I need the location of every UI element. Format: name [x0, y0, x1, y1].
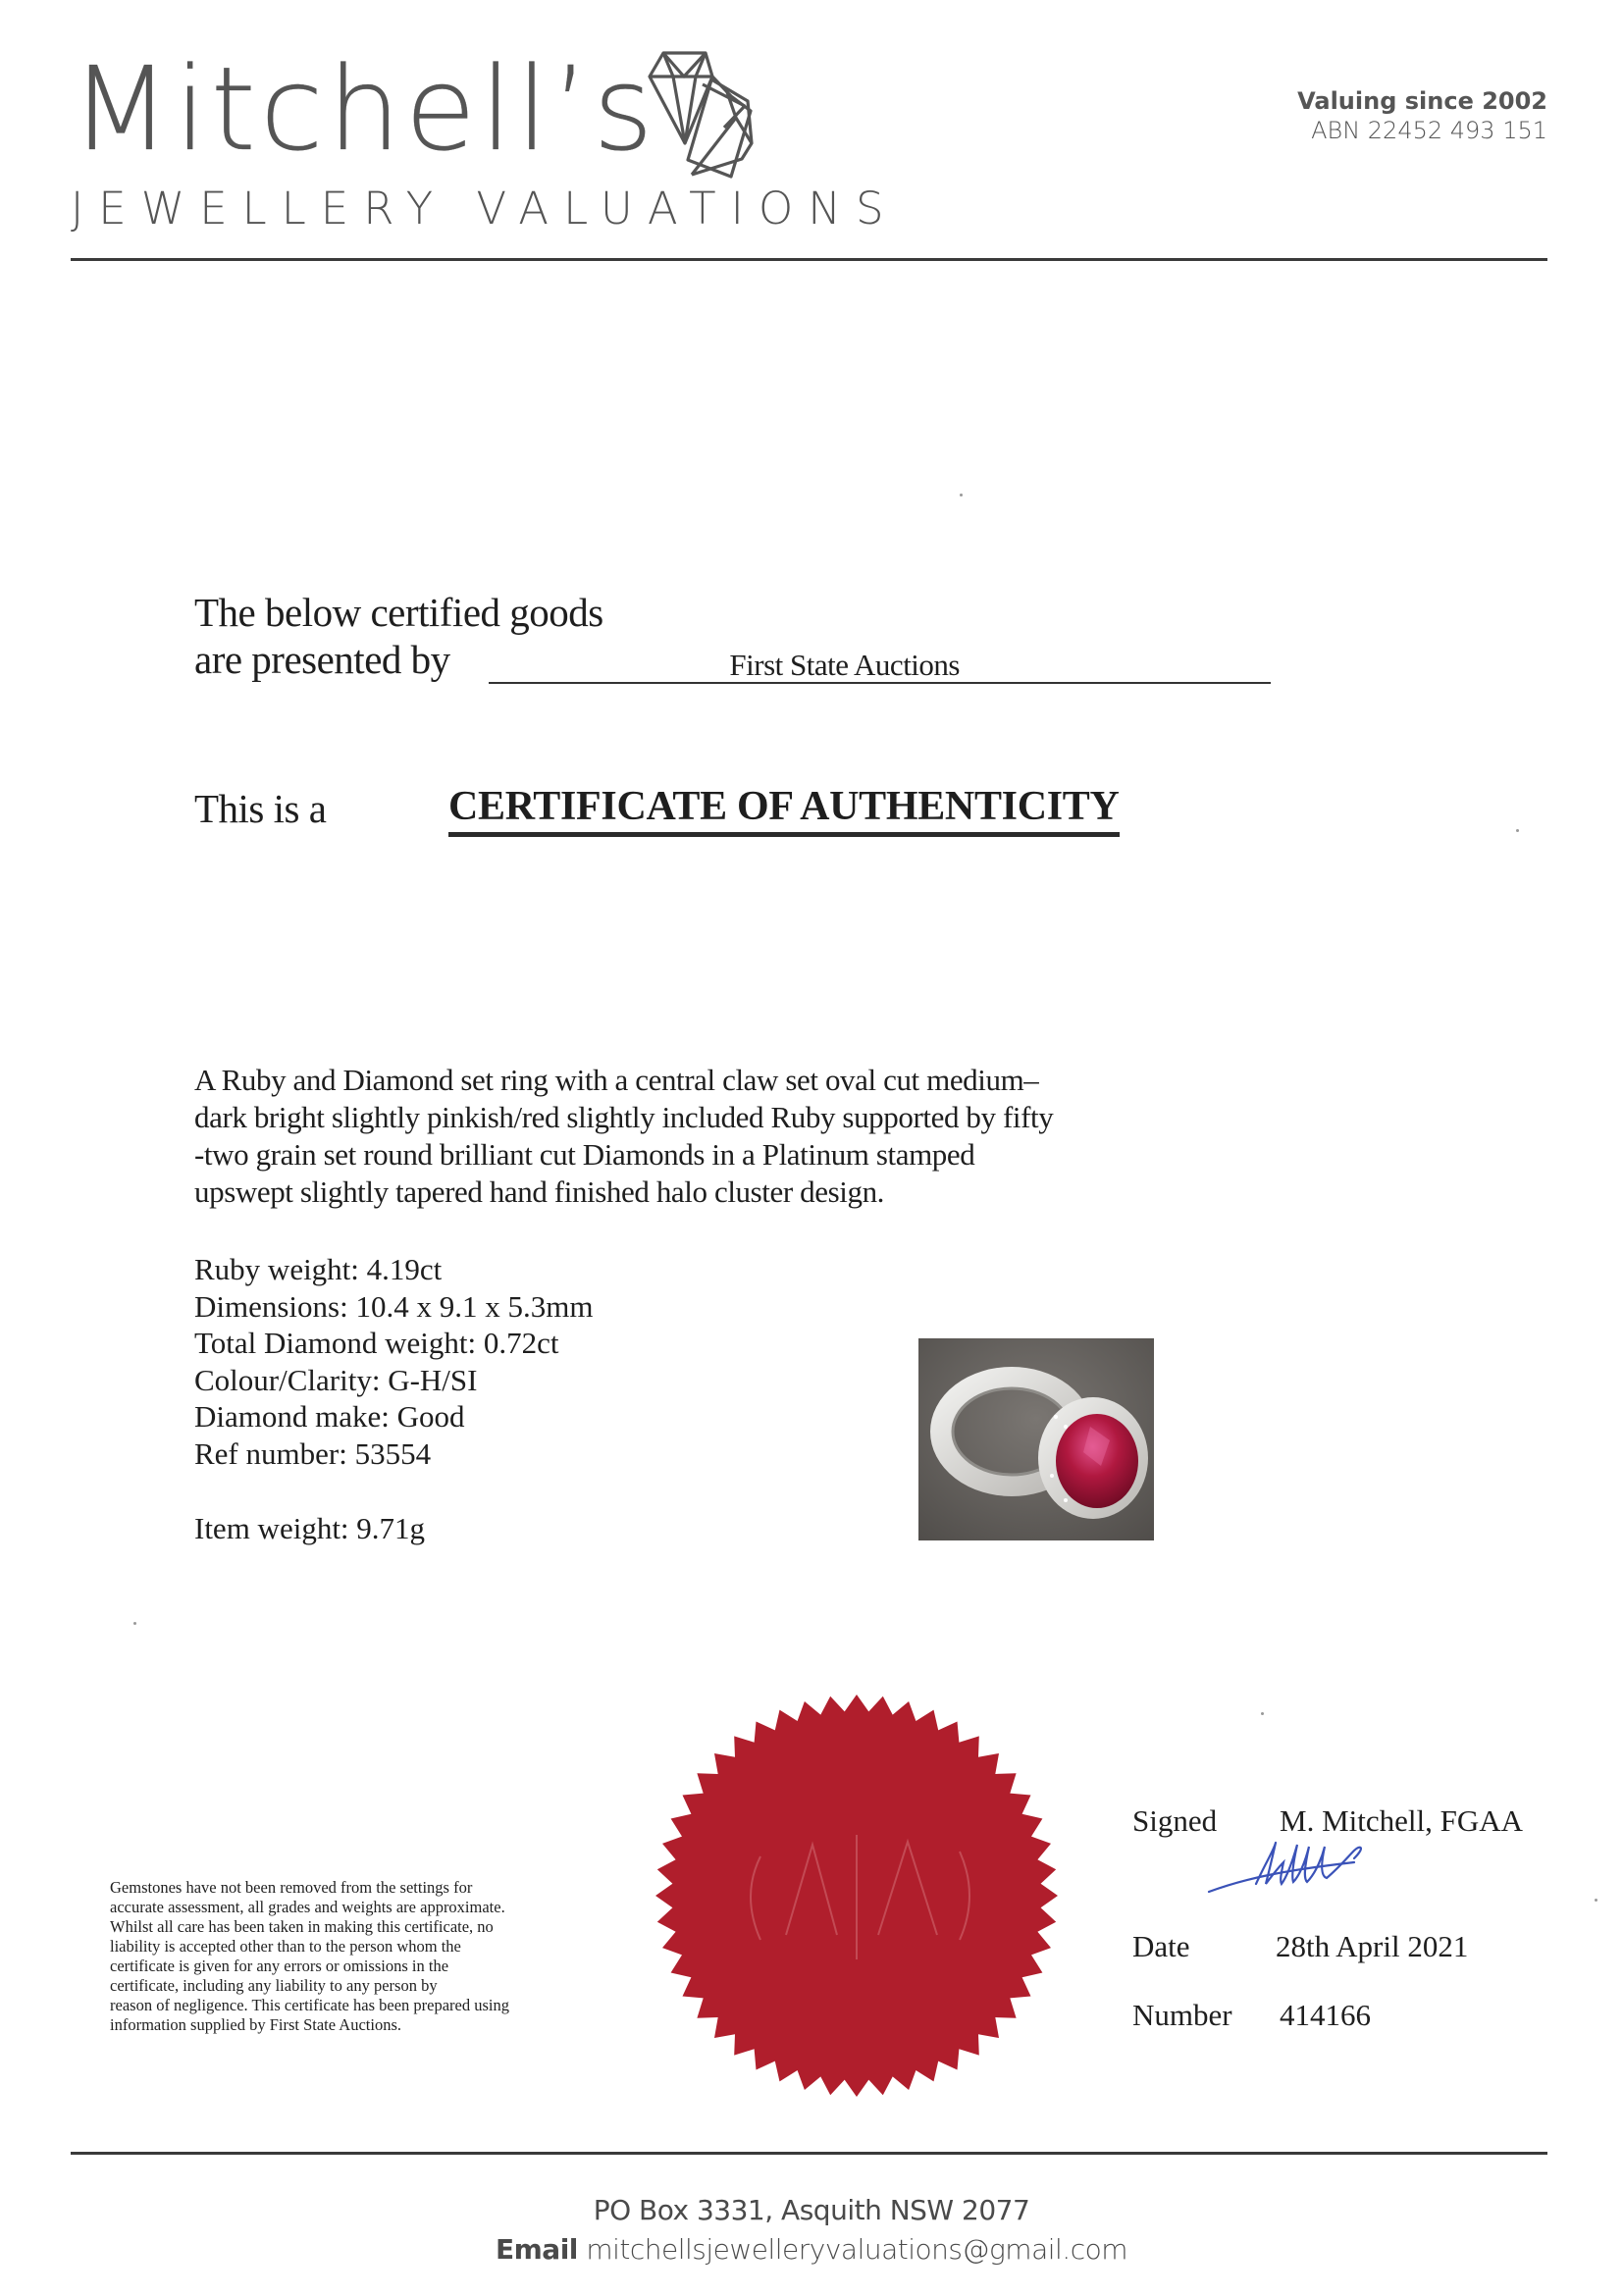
- seal-icon: [651, 1690, 1063, 2102]
- abn: ABN 22452 493 151: [1297, 116, 1547, 145]
- footer-email: Email mitchellsjewelleryvaluations@gmail…: [0, 2233, 1623, 2266]
- presenter-name: First State Auctions: [489, 648, 960, 683]
- date-row: Date 28th April 2021: [1132, 1929, 1544, 1968]
- item-weight: Item weight: 9.71g: [194, 1511, 425, 1546]
- disclaimer-line: information supplied by First State Auct…: [110, 2015, 620, 2035]
- brand-subtitle: JEWELLERY VALUATIONS: [71, 186, 899, 231]
- ring-photo: [918, 1338, 1154, 1540]
- email-link[interactable]: mitchellsjewelleryvaluations@gmail.com: [586, 2233, 1127, 2266]
- disclaimer-line: certificate is given for any errors or o…: [110, 1957, 620, 1976]
- spec-diamond-weight: Total Diamond weight: 0.72ct: [194, 1325, 593, 1362]
- tagline: Valuing since 2002: [1297, 86, 1547, 116]
- spec-colour-clarity: Colour/Clarity: G-H/SI: [194, 1362, 593, 1399]
- disclaimer-line: certificate, including any liability to …: [110, 1976, 620, 1996]
- number-label: Number: [1132, 1998, 1232, 2033]
- signature-mark: [1207, 1833, 1433, 1902]
- email-label: Email: [496, 2233, 578, 2266]
- scan-speck: [960, 494, 963, 496]
- item-description: A Ruby and Diamond set ring with a centr…: [194, 1062, 1176, 1211]
- spec-diamond-make: Diamond make: Good: [194, 1398, 593, 1435]
- specs-list: Ruby weight: 4.19ct Dimensions: 10.4 x 9…: [194, 1251, 593, 1472]
- disclaimer-line: Gemstones have not been removed from the…: [110, 1878, 620, 1898]
- number-value: 414166: [1280, 1998, 1371, 2033]
- description-line: upswept slightly tapered hand finished h…: [194, 1174, 1176, 1211]
- presented-line-1: The below certified goods: [194, 589, 603, 636]
- spec-ref-number: Ref number: 53554: [194, 1435, 593, 1473]
- disclaimer-line: Whilst all care has been taken in making…: [110, 1917, 620, 1937]
- signed-label: Signed: [1132, 1803, 1217, 1839]
- disclaimer: Gemstones have not been removed from the…: [110, 1878, 620, 2035]
- number-row: Number 414166: [1132, 1998, 1544, 2037]
- header-divider: [71, 258, 1547, 261]
- presenter-underline: [489, 682, 1271, 684]
- description-line: A Ruby and Diamond set ring with a centr…: [194, 1062, 1176, 1099]
- date-label: Date: [1132, 1929, 1190, 1964]
- spec-ruby-weight: Ruby weight: 4.19ct: [194, 1251, 593, 1288]
- header-meta: Valuing since 2002 ABN 22452 493 151: [1297, 86, 1547, 145]
- diamond-icon: [648, 47, 814, 180]
- certificate-title: CERTIFICATE OF AUTHENTICITY: [448, 782, 1120, 837]
- scan-speck: [1261, 1712, 1264, 1715]
- description-line: dark bright slightly pinkish/red slightl…: [194, 1099, 1176, 1136]
- footer-address: PO Box 3331, Asquith NSW 2077: [0, 2194, 1623, 2226]
- date-value: 28th April 2021: [1276, 1929, 1468, 1964]
- spec-dimensions: Dimensions: 10.4 x 9.1 x 5.3mm: [194, 1288, 593, 1326]
- disclaimer-line: liability is accepted other than to the …: [110, 1937, 620, 1957]
- brand-name: Mitchell’s: [71, 51, 657, 167]
- disclaimer-line: accurate assessment, all grades and weig…: [110, 1898, 620, 1917]
- scan-speck: [1595, 1899, 1597, 1902]
- scan-speck: [1516, 829, 1519, 832]
- scan-speck: [133, 1622, 136, 1625]
- ring-image: [918, 1338, 1154, 1540]
- disclaimer-line: reason of negligence. This certificate h…: [110, 1996, 620, 2015]
- footer-divider: [71, 2152, 1547, 2155]
- description-line: -two grain set round brilliant cut Diamo…: [194, 1136, 1176, 1174]
- certificate-prefix: This is a: [194, 785, 326, 832]
